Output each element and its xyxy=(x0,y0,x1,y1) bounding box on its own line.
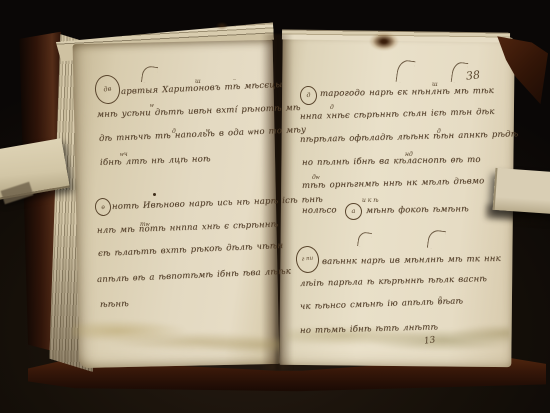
superscript-mark: нд xyxy=(405,151,413,158)
water-stain-left-page xyxy=(72,312,280,366)
superscript-mark: и к ѣ xyxy=(362,197,379,204)
superscript-mark: д xyxy=(437,128,441,135)
page-number: 38 xyxy=(465,68,480,82)
paper-tab-right xyxy=(493,168,550,214)
superscript-mark: дѡ xyxy=(312,174,320,181)
ink-dot xyxy=(153,193,156,196)
superscript-mark: ш xyxy=(432,81,438,88)
superscript-mark: ѡ xyxy=(206,127,210,134)
circled-letter: а xyxy=(345,203,362,220)
superscript-mark: ѡ xyxy=(150,102,154,109)
manuscript-photo: дв арвтыя Харитоновъ тѣ мѣсєцы мнѣ усѣни… xyxy=(0,0,550,413)
handwritten-line: ѣѣнѣ xyxy=(100,300,129,310)
superscript-mark: ѡч xyxy=(120,151,128,158)
handwritten-line: нолѣсо xyxy=(302,206,337,215)
water-stain-right-page xyxy=(286,314,510,362)
superscript-mark: д xyxy=(330,104,334,111)
ink-stain-top xyxy=(369,32,399,51)
superscript-mark: тѡ xyxy=(140,221,150,228)
folio-mark: 13 xyxy=(423,335,436,346)
handwritten-line: мѣнѣ фокоѣ ѣмѣнѣ xyxy=(366,205,469,215)
superscript-mark: ‾ xyxy=(233,79,236,86)
superscript-mark: д xyxy=(438,296,442,303)
small-stain-top-left xyxy=(214,21,230,31)
superscript-mark: д xyxy=(172,128,176,135)
superscript-mark: ш xyxy=(195,78,201,85)
